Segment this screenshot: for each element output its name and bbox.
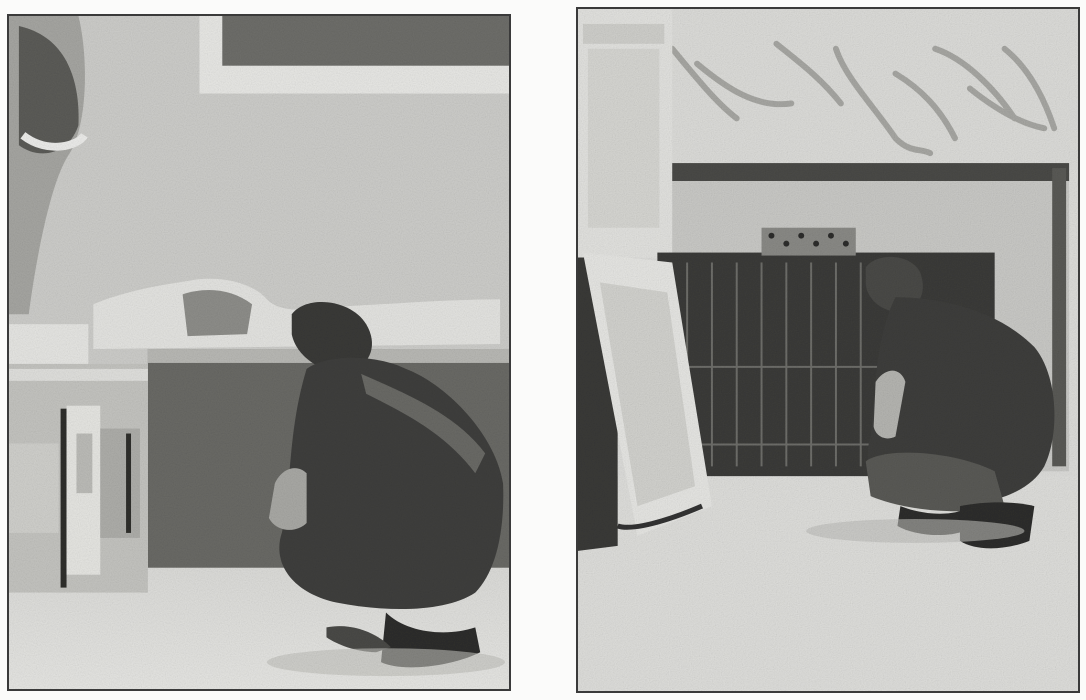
photo-left-sculpture-gallery <box>7 14 511 691</box>
photo-left-scene <box>9 16 509 689</box>
photo-right-scene <box>578 9 1078 691</box>
photo-right-frieze-gallery <box>576 7 1080 693</box>
